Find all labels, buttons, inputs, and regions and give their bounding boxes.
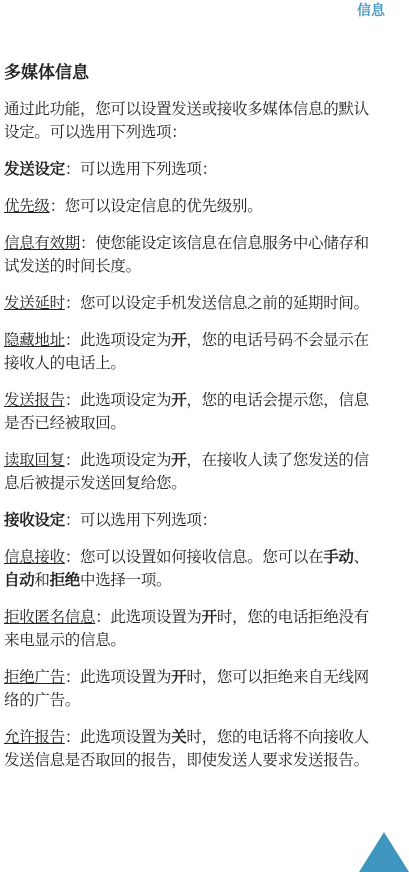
intro-paragraph: 通过此功能，您可以设置发送或接收多媒体信息的默认设定。可以选用下列选项： <box>4 98 376 144</box>
item-text: 中选择一项。 <box>80 571 171 589</box>
item-text: ：您可以设定信息的优先级别。 <box>50 197 263 215</box>
page-title: 多媒体信息 <box>4 62 376 84</box>
item-label: 拒收匿名信息 <box>4 608 95 626</box>
send-settings-heading: 发送设定：可以选用下列选项： <box>4 158 376 181</box>
item-text: ：此选项设定为 <box>65 331 171 349</box>
send-settings-text: ：可以选用下列选项： <box>65 160 217 178</box>
item-text: 、 <box>354 548 369 566</box>
item-bold: 关 <box>171 728 186 746</box>
item-message-receive: 信息接收：您可以设置如何接收信息。您可以在手动、自动和拒绝中选择一项。 <box>4 546 376 592</box>
item-label: 允许报告 <box>4 728 65 746</box>
item-label: 读取回复 <box>4 451 65 469</box>
item-text: 和 <box>34 571 49 589</box>
item-label: 拒绝广告 <box>4 668 65 686</box>
item-text: ：此选项设定为 <box>65 391 171 409</box>
item-delivery-delay: 发送延时：您可以设定手机发送信息之前的延期时间。 <box>4 292 376 315</box>
item-bold: 开 <box>171 668 186 686</box>
item-bold: 开 <box>171 331 186 349</box>
item-text: ：此选项设置为 <box>65 728 171 746</box>
item-validity: 信息有效期：使您能设定该信息在信息服务中心储存和试发送的时间长度。 <box>4 232 376 278</box>
item-priority: 优先级：您可以设定信息的优先级别。 <box>4 195 376 218</box>
receive-settings-label: 接收设定 <box>4 511 65 529</box>
item-bold: 开 <box>171 391 186 409</box>
item-text: ：此选项设置为 <box>95 608 201 626</box>
item-text: ：您可以设置如何接收信息。您可以在 <box>65 548 323 566</box>
item-label: 发送报告 <box>4 391 65 409</box>
section-header-label: 信息 <box>357 0 385 20</box>
item-reject-anonymous: 拒收匿名信息：此选项设置为开时，您的电话拒绝没有来电显示的信息。 <box>4 606 376 652</box>
triangle-up-icon[interactable] <box>359 832 409 872</box>
receive-settings-heading: 接收设定：可以选用下列选项： <box>4 509 376 532</box>
item-bold: 开 <box>202 608 217 626</box>
item-text: ：您可以设定手机发送信息之前的延期时间。 <box>65 294 369 312</box>
item-label: 隐藏地址 <box>4 331 65 349</box>
receive-settings-text: ：可以选用下列选项： <box>65 511 217 529</box>
item-bold: 手动 <box>323 548 353 566</box>
item-delivery-report: 发送报告：此选项设定为开，您的电话会提示您，信息是否已经被取回。 <box>4 389 376 435</box>
item-allow-report: 允许报告：此选项设置为关时，您的电话将不向接收人发送信息是否取回的报告，即使发送… <box>4 726 376 772</box>
item-reject-ads: 拒绝广告：此选项设置为开时，您可以拒绝来自无线网络的广告。 <box>4 666 376 712</box>
item-bold: 开 <box>171 451 186 469</box>
document-content: 多媒体信息 通过此功能，您可以设置发送或接收多媒体信息的默认设定。可以选用下列选… <box>4 62 376 786</box>
item-text: ：此选项设置为 <box>65 668 171 686</box>
send-settings-label: 发送设定 <box>4 160 65 178</box>
item-read-reply: 读取回复：此选项设定为开，在接收人读了您发送的信息后被提示发送回复给您。 <box>4 449 376 495</box>
item-label: 发送延时 <box>4 294 65 312</box>
item-bold: 拒绝 <box>50 571 80 589</box>
item-label: 信息接收 <box>4 548 65 566</box>
item-hide-address: 隐藏地址：此选项设定为开，您的电话号码不会显示在接收人的电话上。 <box>4 329 376 375</box>
item-label: 信息有效期 <box>4 234 80 252</box>
item-bold: 自动 <box>4 571 34 589</box>
item-label: 优先级 <box>4 197 50 215</box>
item-text: ：此选项设定为 <box>65 451 171 469</box>
